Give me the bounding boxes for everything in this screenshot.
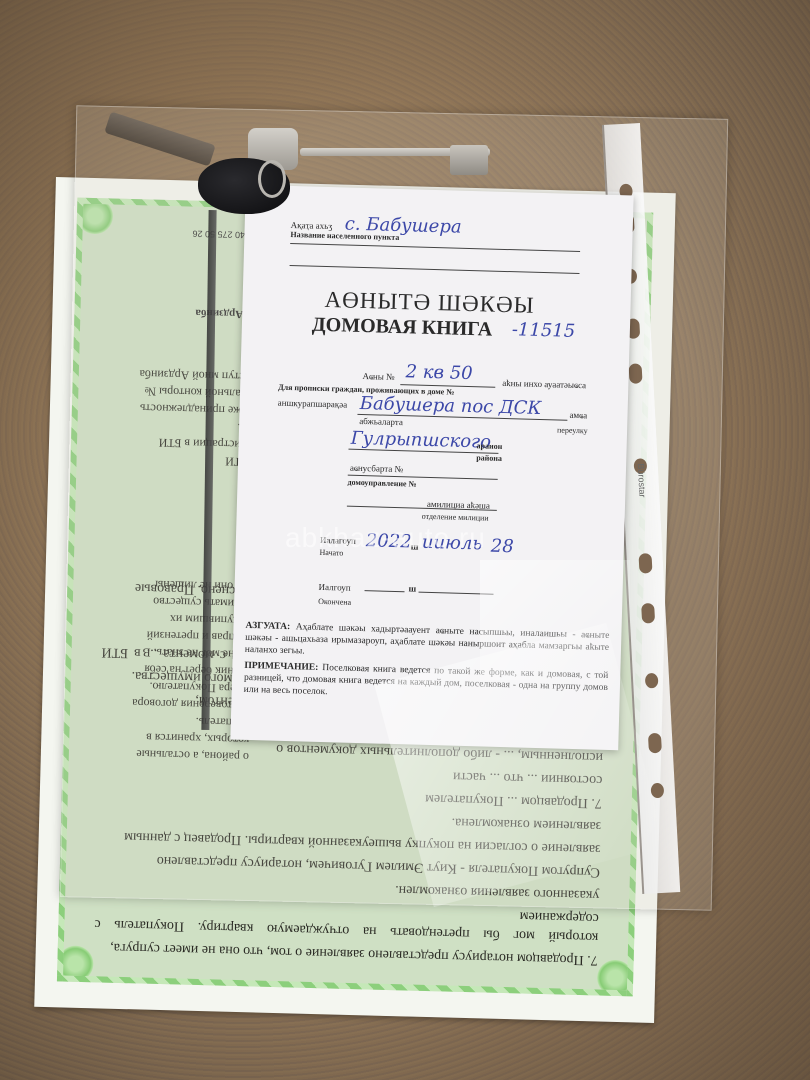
punch-hole — [645, 673, 659, 689]
house-book-form: Ақаҭа ахьӡ Название населенного пункта с… — [230, 185, 633, 751]
street-label: аншкурапшарақәа — [278, 398, 348, 410]
punch-hole — [648, 733, 662, 754]
key-bit — [450, 145, 488, 175]
punch-hole — [629, 363, 643, 384]
end-mid: ш — [408, 583, 416, 593]
punch-hole — [651, 783, 665, 799]
street-label-2: абжьаларта — [359, 416, 403, 427]
house-suffix: аҟны инхо ауаатәыҩса — [502, 378, 586, 390]
start-day: 28 — [491, 536, 514, 558]
district-label-abkhaz: араион — [476, 441, 502, 451]
sleeve-brand: Bürostar — [636, 463, 648, 497]
rosette-ornament — [597, 959, 634, 996]
district-label-ru: района — [476, 453, 502, 463]
end-label-abkhaz: Иалгоуп — [318, 582, 350, 593]
note-russian: ПРИМЕЧАНИЕ: Поселковая книга ведется по … — [244, 660, 609, 706]
police-label-ru: отделение милиции — [422, 512, 489, 523]
housing-label-ru: домоуправление № — [347, 478, 416, 489]
settlement-value: с. Бабушера — [344, 213, 461, 237]
police-label-abkhaz: амилициа аҟәша — [427, 499, 490, 511]
street-label-ru: переулку — [557, 425, 588, 435]
house-label-abkhaz: Аҩны № — [362, 371, 394, 382]
punch-hole — [638, 553, 652, 574]
end-label-ru: Окончена — [318, 597, 351, 607]
key-ring — [258, 160, 286, 198]
rosette-ornament — [57, 945, 94, 982]
note-abkhaz: АЗГУАТА: Аҳаблате шәкәы хадыртәаауент аҩ… — [245, 620, 610, 666]
housing-label-abkhaz: аҩнусбарта № — [350, 463, 404, 474]
book-number: -11515 — [512, 319, 576, 342]
title-russian: ДОМОВАЯ КНИГА — [312, 314, 493, 342]
punch-hole — [641, 603, 655, 624]
watermark: abkhaz-auto.ru — [285, 522, 486, 554]
house-value: 2 кв 50 — [405, 361, 473, 384]
street-suffix: амҩа — [569, 410, 587, 420]
underline — [290, 265, 580, 274]
underline — [365, 590, 405, 592]
underline — [290, 243, 580, 252]
underline — [418, 592, 493, 595]
